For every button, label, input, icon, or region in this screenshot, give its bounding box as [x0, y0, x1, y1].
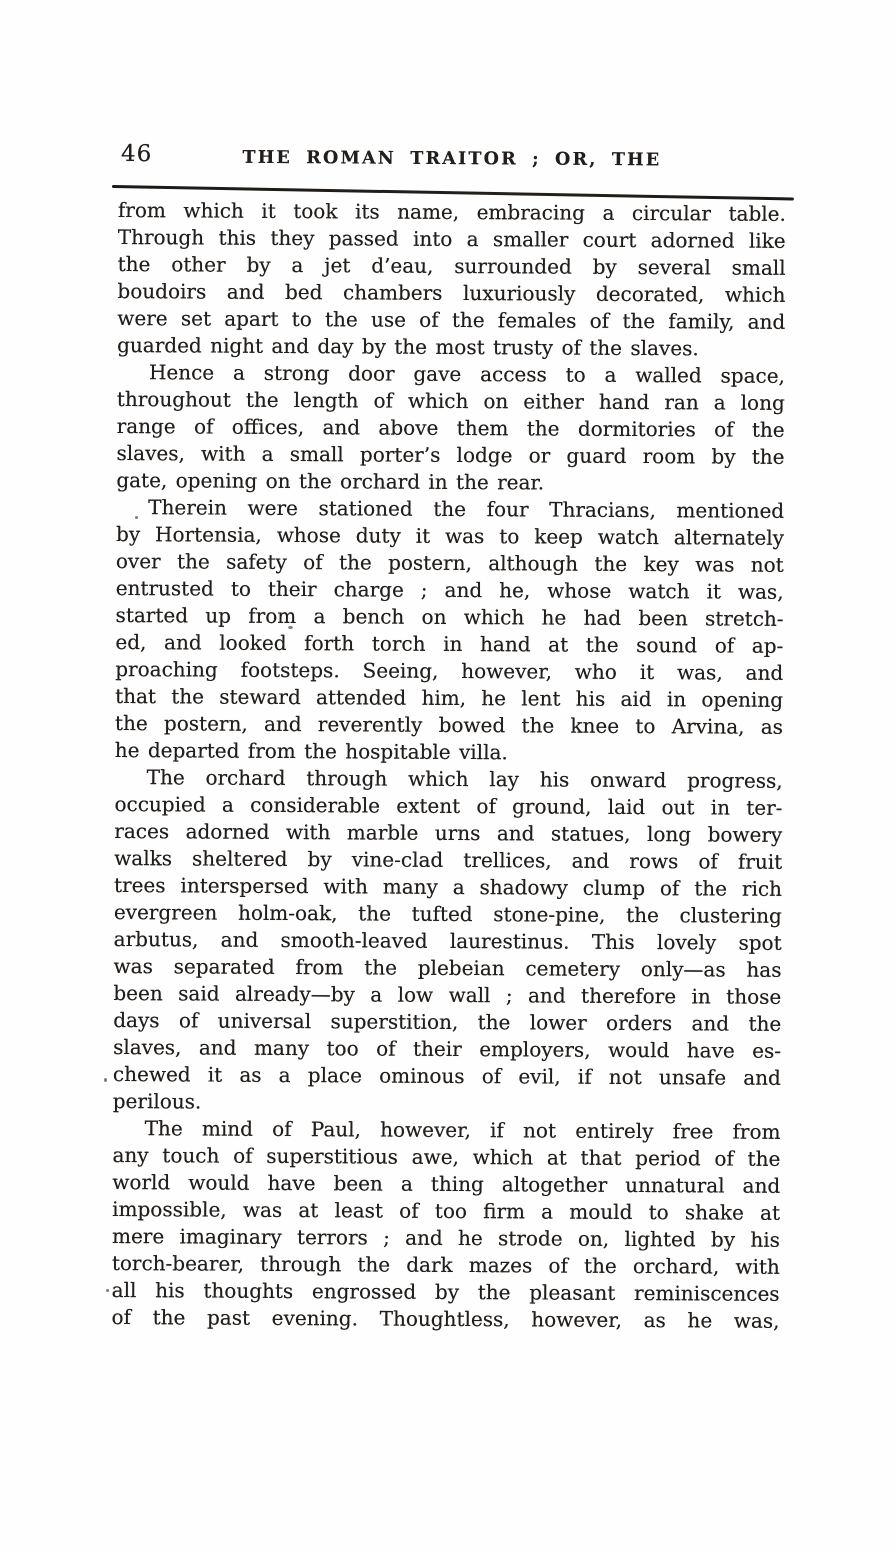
- text-line: entrustedtotheircharge;andhe,whosewatchi…: [116, 575, 784, 606]
- paragraph: Theorchardthroughwhichlayhisonwardprogre…: [113, 764, 783, 1119]
- text-line: perilous.: [113, 1088, 781, 1119]
- text-line: evergreenholm-oak,thetuftedstone-pine,th…: [114, 899, 782, 930]
- paragraph: fromwhichittookitsname,embracingacircula…: [117, 197, 786, 363]
- text-line: wasseparatedfromtheplebeiancemeteryonly—…: [113, 953, 781, 984]
- text-line: he departed from the hospitable villa.: [115, 737, 783, 768]
- text-line: allhisthoughtsengrossedbythepleasantremi…: [112, 1277, 780, 1308]
- text-line: Theorchardthroughwhichlayhisonwardprogre…: [115, 764, 783, 795]
- scan-speck: [106, 1289, 109, 1292]
- paragraph: ThereinwerestationedthefourThracians,men…: [115, 494, 785, 768]
- text-block: fromwhichittookitsname,embracingacircula…: [111, 197, 786, 1335]
- paragraph: Henceastrongdoorgaveaccesstoawalledspace…: [116, 359, 785, 498]
- running-head: THE ROMAN TRAITOR ; OR, THE: [118, 147, 786, 171]
- text-line: overthesafetyofthepostern,althoughthekey…: [116, 548, 784, 579]
- book-page-scan: 46 THE ROMAN TRAITOR ; OR, THE fromwhich…: [0, 0, 896, 1550]
- text-line: Henceastrongdoorgaveaccesstoawalledspace…: [117, 359, 785, 390]
- text-line: beensaidalready—byalowwall;andthereforei…: [113, 980, 781, 1011]
- text-line: byHortensia,whosedutyitwastokeepwatchalt…: [116, 521, 784, 552]
- scan-speck: [104, 1078, 107, 1082]
- text-line: mereimaginaryterrors;andhestrodeon,light…: [112, 1223, 780, 1254]
- text-line: racesadornedwithmarbleurnsandstatues,lon…: [114, 818, 782, 849]
- text-line: proachingfootsteps.Seeing,however,whoitw…: [115, 656, 783, 687]
- text-line: ThereinwerestationedthefourThracians,men…: [116, 494, 784, 525]
- text-line: Throughthistheypassedintoasmallercourtad…: [118, 224, 786, 255]
- scan-speck: [135, 516, 138, 519]
- text-line: torch-bearer,throughthedarkmazesoftheorc…: [112, 1250, 780, 1281]
- text-line: thepostern,andreverentlybowedthekneetoAr…: [115, 710, 783, 741]
- text-line: startedupfromabenchonwhichhehadbeenstret…: [116, 602, 784, 633]
- text-line: occupiedaconsiderableextentofground,laid…: [114, 791, 782, 822]
- text-line: throughoutthelengthofwhichoneitherhandra…: [117, 386, 785, 417]
- text-line: daysofuniversalsuperstition,thelowerorde…: [113, 1007, 781, 1038]
- text-line: theotherbyajetd’eau,surroundedbyseverals…: [118, 251, 786, 282]
- paragraph: ThemindofPaul,however,ifnotentirelyfreef…: [111, 1115, 780, 1335]
- text-line: arbutus,andsmooth-leavedlaurestinus.This…: [114, 926, 782, 957]
- text-line: rangeofoffices,andabovethemthedormitorie…: [117, 413, 785, 444]
- text-line: anytouchofsuperstitiousawe,whichatthatpe…: [112, 1142, 780, 1173]
- text-line: gate, opening on the orchard in the rear…: [116, 467, 784, 498]
- text-line: guarded night and day by the most trusty…: [117, 332, 785, 363]
- text-line: slaves,withasmallporter’slodgeorguardroo…: [116, 440, 784, 471]
- text-line: impossible,wasatleastoftoofirmamouldtosh…: [112, 1196, 780, 1227]
- scan-speck: [288, 626, 293, 629]
- text-line: cheweditasaplaceominousofevil,ifnotunsaf…: [113, 1061, 781, 1092]
- text-line: ThemindofPaul,however,ifnotentirelyfreef…: [113, 1115, 781, 1146]
- text-line: slaves,andmanytoooftheiremployers,wouldh…: [113, 1034, 781, 1065]
- text-line: fromwhichittookitsname,embracingacircula…: [118, 197, 786, 228]
- text-line: treesinterspersedwithmanyashadowyclumpof…: [114, 872, 782, 903]
- text-line: boudoirsandbedchambersluxuriouslydecorat…: [117, 278, 785, 309]
- text-line: walksshelteredbyvine-cladtrellices,andro…: [114, 845, 782, 876]
- text-line: ofthepastevening.Thoughtless,however,ash…: [111, 1304, 779, 1335]
- text-line: ed,andlookedforthtorchinhandatthesoundof…: [115, 629, 783, 660]
- text-line: weresetaparttotheuseofthefemalesofthefam…: [117, 305, 785, 336]
- text-line: thatthestewardattendedhim,helenthisaidin…: [115, 683, 783, 714]
- text-line: worldwouldhavebeenathingaltogetherunnatu…: [112, 1169, 780, 1200]
